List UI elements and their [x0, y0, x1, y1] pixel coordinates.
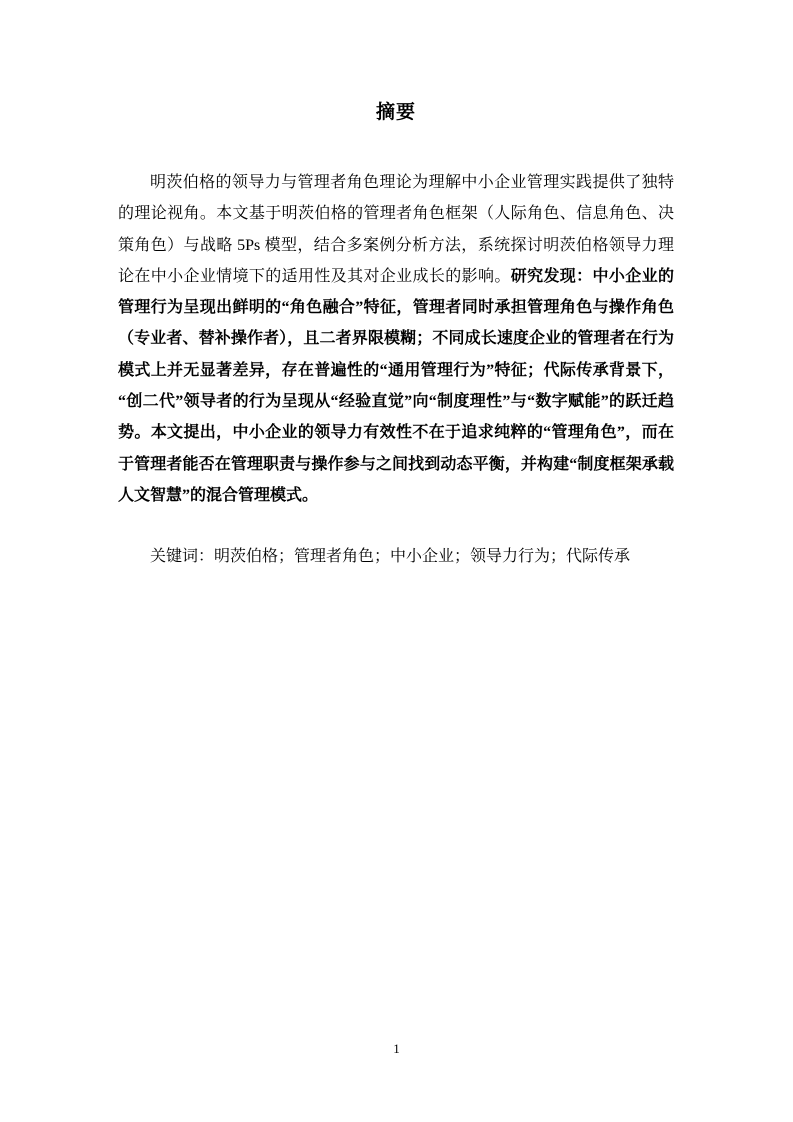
keywords-text: 明茨伯格；管理者角色；中小企业；领导力行为；代际传承	[214, 548, 630, 565]
abstract-findings-text: 研究发现：中小企业的管理行为呈现出鲜明的“角色融合”特征，管理者同时承担管理角色…	[118, 268, 674, 504]
document-page: 摘要 明茨伯格的领导力与管理者角色理论为理解中小企业管理实践提供了独特的理论视角…	[118, 0, 674, 1122]
page-number: 1	[0, 1042, 793, 1056]
abstract-paragraph: 明茨伯格的领导力与管理者角色理论为理解中小企业管理实践提供了独特的理论视角。本文…	[118, 167, 674, 511]
keywords-label: 关键词：	[150, 548, 214, 565]
abstract-title: 摘要	[118, 100, 674, 125]
keywords-line: 关键词：明茨伯格；管理者角色；中小企业；领导力行为；代际传承	[118, 541, 674, 572]
